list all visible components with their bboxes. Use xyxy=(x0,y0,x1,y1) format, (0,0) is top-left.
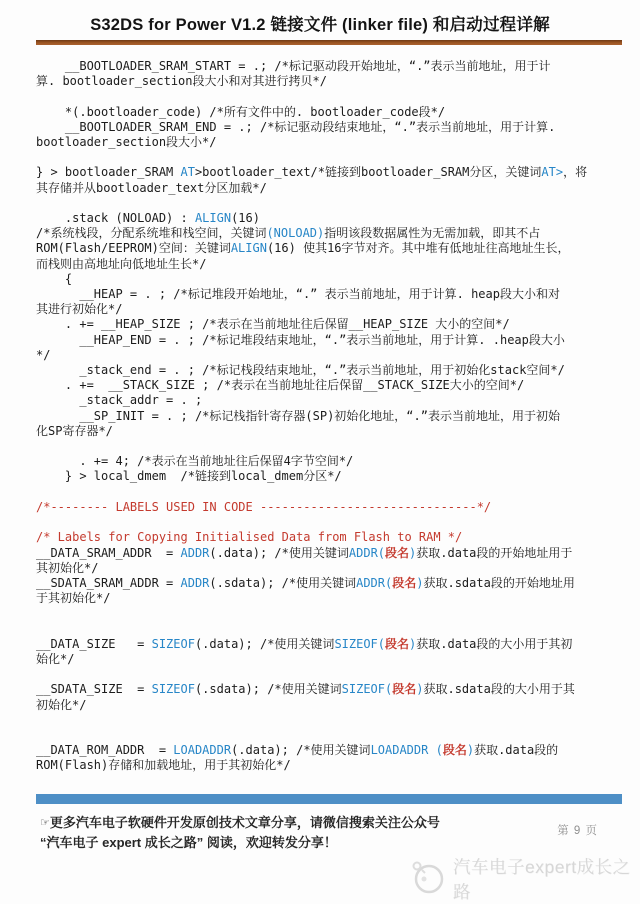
code-line: __DATA_SIZE = SIZEOF(.data); /*使用关键词SIZE… xyxy=(36,637,628,652)
code-line: . += __STACK_SIZE ; /*表示在当前地址往后保留__STACK… xyxy=(36,378,628,393)
code-line: __SP_INIT = . ; /*标记栈指针寄存器(SP)初始化地址，“.”表… xyxy=(36,409,628,424)
code-line xyxy=(36,606,628,621)
code-line xyxy=(36,713,628,728)
code-line: 始化*/ xyxy=(36,652,628,667)
code-line: /* Labels for Copying Initialised Data f… xyxy=(36,530,628,545)
code-line: 而栈则由高地址向低地址生长*/ xyxy=(36,257,628,272)
code-line: 初始化*/ xyxy=(36,698,628,713)
code-line: ROM(Flash)存储和加载地址，用于其初始化*/ xyxy=(36,758,628,773)
code-line: __DATA_SRAM_ADDR = ADDR(.data); /*使用关键词A… xyxy=(36,546,628,561)
code-line: } > local_dmem /*链接到local_dmem分区*/ xyxy=(36,469,628,484)
code-line: bootloader_section段大小*/ xyxy=(36,135,628,150)
section-divider-bar xyxy=(36,794,622,804)
code-line: . += 4; /*表示在当前地址往后保留4字节空间*/ xyxy=(36,454,628,469)
footer-note: ☞更多汽车电子软硬件开发原创技术文章分享，请微信搜索关注公众号 “汽车电子 ex… xyxy=(40,813,510,853)
code-block: __BOOTLOADER_SRAM_START = .; /*标记驱动段开始地址… xyxy=(36,59,628,774)
code-line: __SDATA_SIZE = SIZEOF(.sdata); /*使用关键词SI… xyxy=(36,682,628,697)
code-line: . += __HEAP_SIZE ; /*表示在当前地址往后保留__HEAP_S… xyxy=(36,317,628,332)
code-line: __DATA_ROM_ADDR = LOADADDR(.data); /*使用关… xyxy=(36,743,628,758)
code-line: __HEAP = . ; /*标记堆段开始地址，“.” 表示当前地址，用于计算.… xyxy=(36,287,628,302)
code-line xyxy=(36,485,628,500)
code-line: 化SP寄存器*/ xyxy=(36,424,628,439)
code-line xyxy=(36,728,628,743)
code-line: { xyxy=(36,272,628,287)
code-line: __SDATA_SRAM_ADDR = ADDR(.sdata); /*使用关键… xyxy=(36,576,628,591)
code-line: 算. bootloader_section段大小和对其进行拷贝*/ xyxy=(36,74,628,89)
code-line xyxy=(36,89,628,104)
code-line xyxy=(36,515,628,530)
code-line: __BOOTLOADER_SRAM_START = .; /*标记驱动段开始地址… xyxy=(36,59,628,74)
code-line: __BOOTLOADER_SRAM_END = .; /*标记驱动段结束地址，“… xyxy=(36,120,628,135)
pointing-hand-icon: ☞ xyxy=(40,817,50,829)
document-page: S32DS for Power V1.2 链接文件 (linker file) … xyxy=(0,0,640,904)
title-rule xyxy=(36,40,622,45)
brand-logo-icon xyxy=(408,858,446,901)
code-line: _stack_end = . ; /*标记栈段结束地址，“.”表示当前地址，用于… xyxy=(36,363,628,378)
code-line: /*-------- LABELS USED IN CODE ---------… xyxy=(36,500,628,515)
code-line: 其初始化*/ xyxy=(36,561,628,576)
code-line xyxy=(36,667,628,682)
code-line: _stack_addr = . ; xyxy=(36,393,628,408)
code-line: } > bootloader_SRAM AT>bootloader_text/*… xyxy=(36,165,628,180)
code-line xyxy=(36,622,628,637)
code-line: /*系统栈段，分配系统堆和栈空间，关键词(NOLOAD)指明该段数据属性为无需加… xyxy=(36,226,628,241)
footer-note-line1: 更多汽车电子软硬件开发原创技术文章分享，请微信搜索关注公众号 xyxy=(50,815,440,830)
code-line: ROM(Flash/EEPROM)空间：关键词ALIGN(16) 使其16字节对… xyxy=(36,241,628,256)
code-line: */ xyxy=(36,348,628,363)
code-line: .stack (NOLOAD) : ALIGN(16) xyxy=(36,211,628,226)
footer-note-line2: “汽车电子 expert 成长之路” 阅读，欢迎转发分享！ xyxy=(40,835,337,850)
code-line: __HEAP_END = . ; /*标记堆段结束地址，“.”表示当前地址，用于… xyxy=(36,333,628,348)
code-line: 于其初始化*/ xyxy=(36,591,628,606)
code-line: 其存储并从bootloader_text分区加载*/ xyxy=(36,181,628,196)
code-line: 其进行初始化*/ xyxy=(36,302,628,317)
brand-watermark: 汽车电子expert成长之路 xyxy=(408,859,640,899)
code-line xyxy=(36,196,628,211)
code-line xyxy=(36,439,628,454)
code-line xyxy=(36,150,628,165)
page-title: S32DS for Power V1.2 链接文件 (linker file) … xyxy=(0,11,640,35)
page-number: 第 9 页 xyxy=(557,822,598,838)
watermark-text: 汽车电子expert成长之路 xyxy=(453,854,640,904)
code-line: *(.bootloader_code) /*所有文件中的. bootloader… xyxy=(36,105,628,120)
